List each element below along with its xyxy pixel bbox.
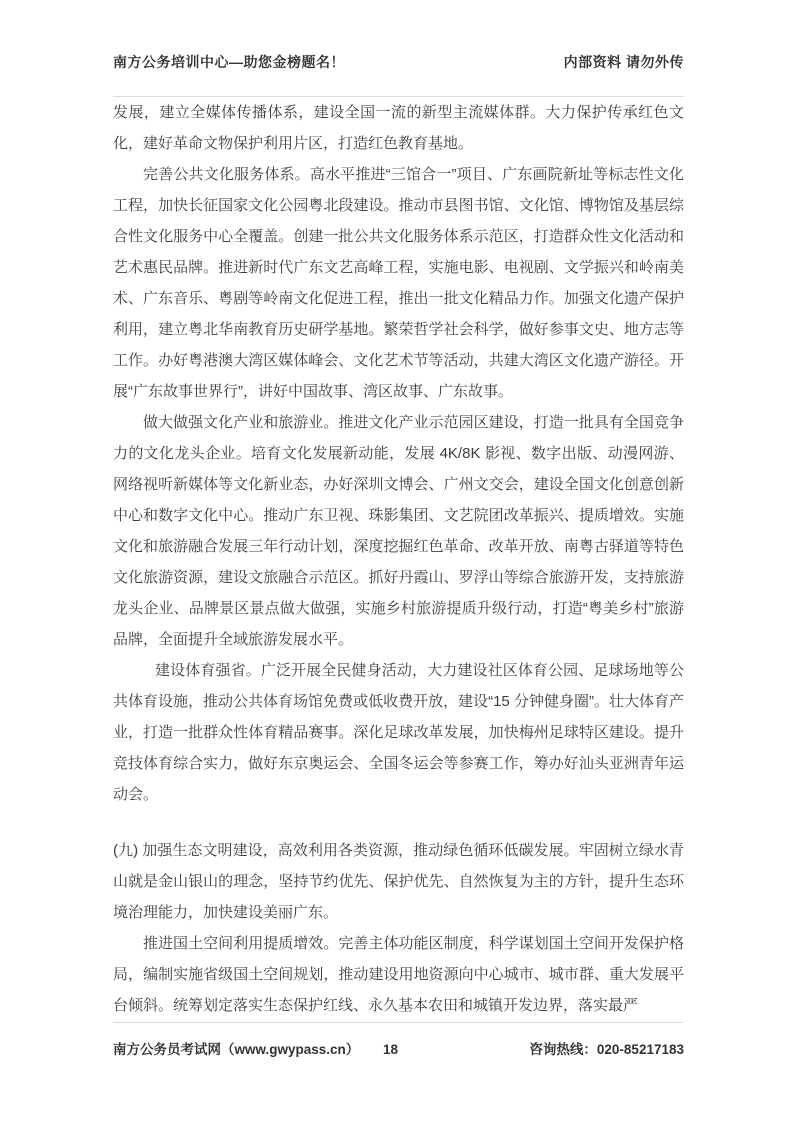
paragraph-sports-province: 建设体育强省。广泛开展全民健身活动，大力建设社区体育公园、足球场地等公共体育设施… <box>113 655 684 810</box>
paragraph-media-continuation: 发展，建立全媒体传播体系，建设全国一流的新型主流媒体群。大力保护传承红色文化，建… <box>113 97 684 159</box>
page-number: 18 <box>383 1042 398 1057</box>
paragraph-public-culture-services: 完善公共文化服务体系。高水平推进“三馆合一”项目、广东画院新址等标志性文化工程，… <box>113 159 684 407</box>
page-header: 南方公务培训中心—助您金榜题名！ 内部资料 请勿外传 <box>113 52 684 72</box>
footer-divider <box>113 1022 684 1023</box>
header-right-text: 内部资料 请勿外传 <box>564 52 684 72</box>
paragraph-land-space-utilization: 推进国土空间利用提质增效。完善主体功能区制度，科学谋划国土空间开发保护格局，编制… <box>113 928 684 1021</box>
paragraph-section-nine-ecology: (九) 加强生态文明建设，高效利用各类资源，推动绿色循环低碳发展。牢固树立绿水青… <box>113 835 684 928</box>
footer-site-text: 南方公务员考试网（www.gwypass.cn） <box>113 1038 391 1058</box>
footer-hotline-text: 咨询热线：020-85217183 <box>406 1038 684 1058</box>
document-page: 南方公务培训中心—助您金榜题名！ 内部资料 请勿外传 发展，建立全媒体传播体系，… <box>0 0 793 1122</box>
paragraph-culture-tourism-industry: 做大做强文化产业和旅游业。推进文化产业示范园区建设，打造一批具有全国竞争力的文化… <box>113 407 684 655</box>
document-body: 发展，建立全媒体传播体系，建设全国一流的新型主流媒体群。大力保护传承红色文化，建… <box>113 97 684 1021</box>
page-footer: 南方公务员考试网（www.gwypass.cn） 18 咨询热线：020-852… <box>113 1038 684 1058</box>
header-left-text: 南方公务培训中心—助您金榜题名！ <box>113 52 345 72</box>
